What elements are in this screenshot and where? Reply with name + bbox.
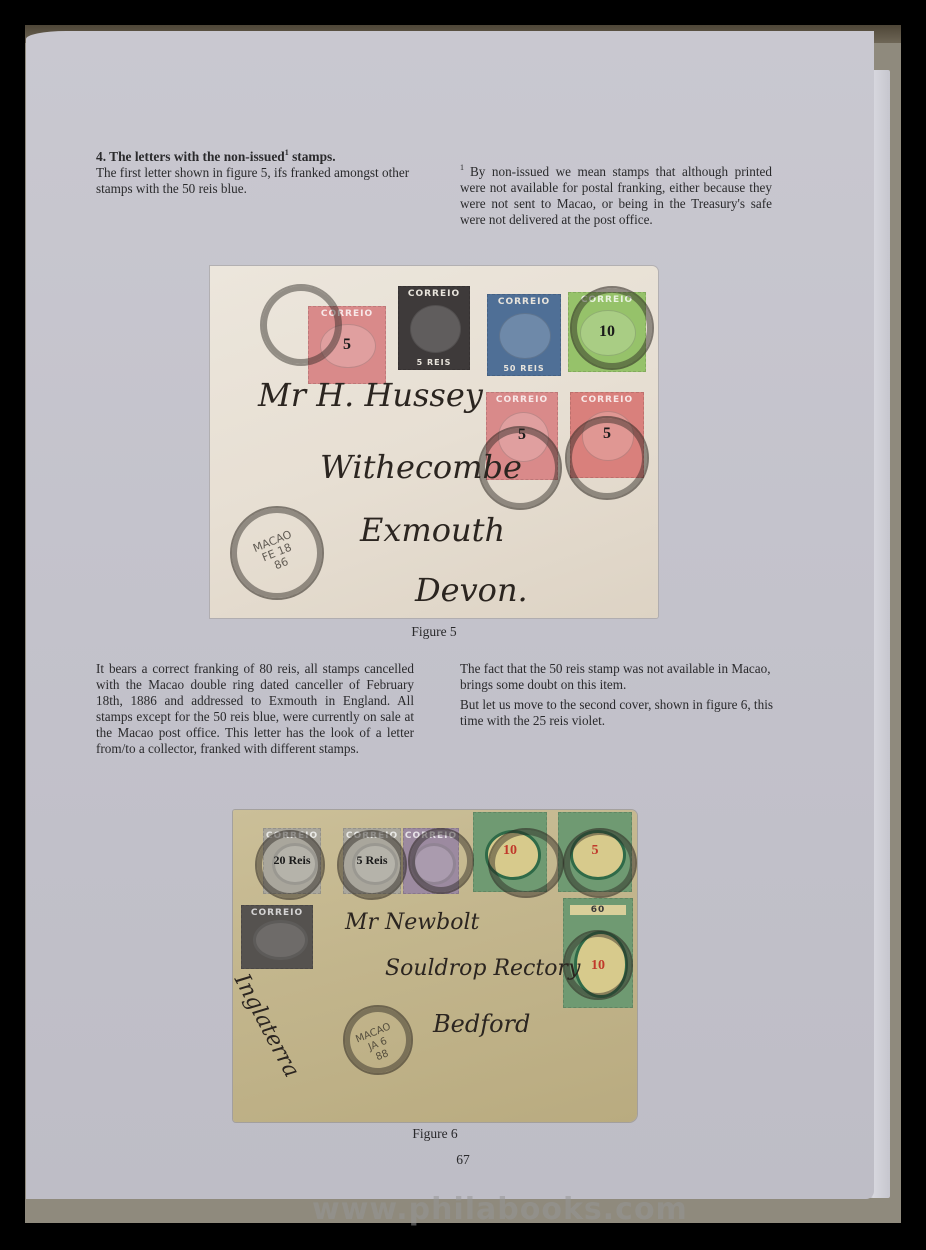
stamp-denomination: 5 REIS	[399, 358, 469, 367]
footnote-marker: 1	[460, 163, 464, 172]
stamp-cancel	[260, 284, 342, 366]
stamp-label: CORREIO	[487, 395, 557, 405]
watermark: www.philabooks.com	[312, 1192, 688, 1227]
body-paragraph-right: The fact that the 50 reis stamp was not …	[460, 661, 776, 729]
stamp-cancel	[570, 286, 654, 370]
section-heading: 4. The letters with the non-issued1 stam…	[96, 145, 426, 165]
address-line: Souldrop Rectory	[385, 956, 580, 981]
address-line: Mr H. Hussey	[258, 376, 483, 414]
stamp-emblem	[499, 313, 551, 360]
page-number: 67	[0, 1152, 926, 1168]
stamp-label: CORREIO	[488, 297, 560, 307]
address-line: Mr Newbolt	[345, 910, 479, 935]
stamp: CORREIO 50 REIS	[487, 294, 561, 376]
stamp-emblem	[253, 920, 308, 961]
postmark-macao: MACAOJA 688	[343, 1005, 413, 1075]
address-line: Withecombe	[320, 448, 522, 486]
address-line: Bedford	[433, 1010, 530, 1038]
address-line: Devon.	[415, 571, 528, 609]
stamp-cancel	[337, 830, 407, 900]
stamp-cancel	[255, 830, 325, 900]
stamp-cancel	[563, 828, 637, 898]
figure-6-caption: Figure 6	[233, 1126, 637, 1142]
stamp-label: 60	[570, 905, 626, 915]
stamp-denomination: 50 REIS	[488, 364, 560, 373]
postmark-macao: MACAOFE 1886	[230, 506, 324, 600]
section-heading-block: 4. The letters with the non-issued1 stam…	[96, 145, 426, 197]
body-paragraph-left: It bears a correct franking of 80 reis, …	[96, 661, 414, 757]
footnote: 1By non-issued we mean stamps that altho…	[460, 160, 772, 228]
stamp-cancel	[565, 416, 649, 500]
stamp-label: CORREIO	[399, 289, 469, 299]
stamp-label: CORREIO	[242, 908, 312, 918]
stamp-label: CORREIO	[571, 395, 643, 405]
footnote-text: By non-issued we mean stamps that althou…	[460, 164, 772, 227]
stamp-emblem	[410, 305, 461, 353]
figure-6-cover-image: CORREIO20 ReisCORREIO5 ReisCORREIO105601…	[233, 810, 637, 1122]
figure-5-cover-image: CORREIO 5 CORREIO 5 REISCORREIO 50 REISC…	[210, 266, 658, 618]
figure-5-caption: Figure 5	[210, 624, 658, 640]
address-line: Exmouth	[360, 511, 505, 549]
paragraph: The fact that the 50 reis stamp was not …	[460, 661, 776, 693]
stamp: CORREIO	[241, 905, 313, 969]
intro-paragraph: The first letter shown in figure 5, ifs …	[96, 165, 426, 197]
stamp: CORREIO 5 REIS	[398, 286, 470, 370]
stamp-cancel	[488, 828, 564, 898]
address-side-note: Inglaterra	[233, 970, 304, 1082]
stamp-cancel	[408, 828, 474, 894]
paragraph: But let us move to the second cover, sho…	[460, 697, 776, 729]
